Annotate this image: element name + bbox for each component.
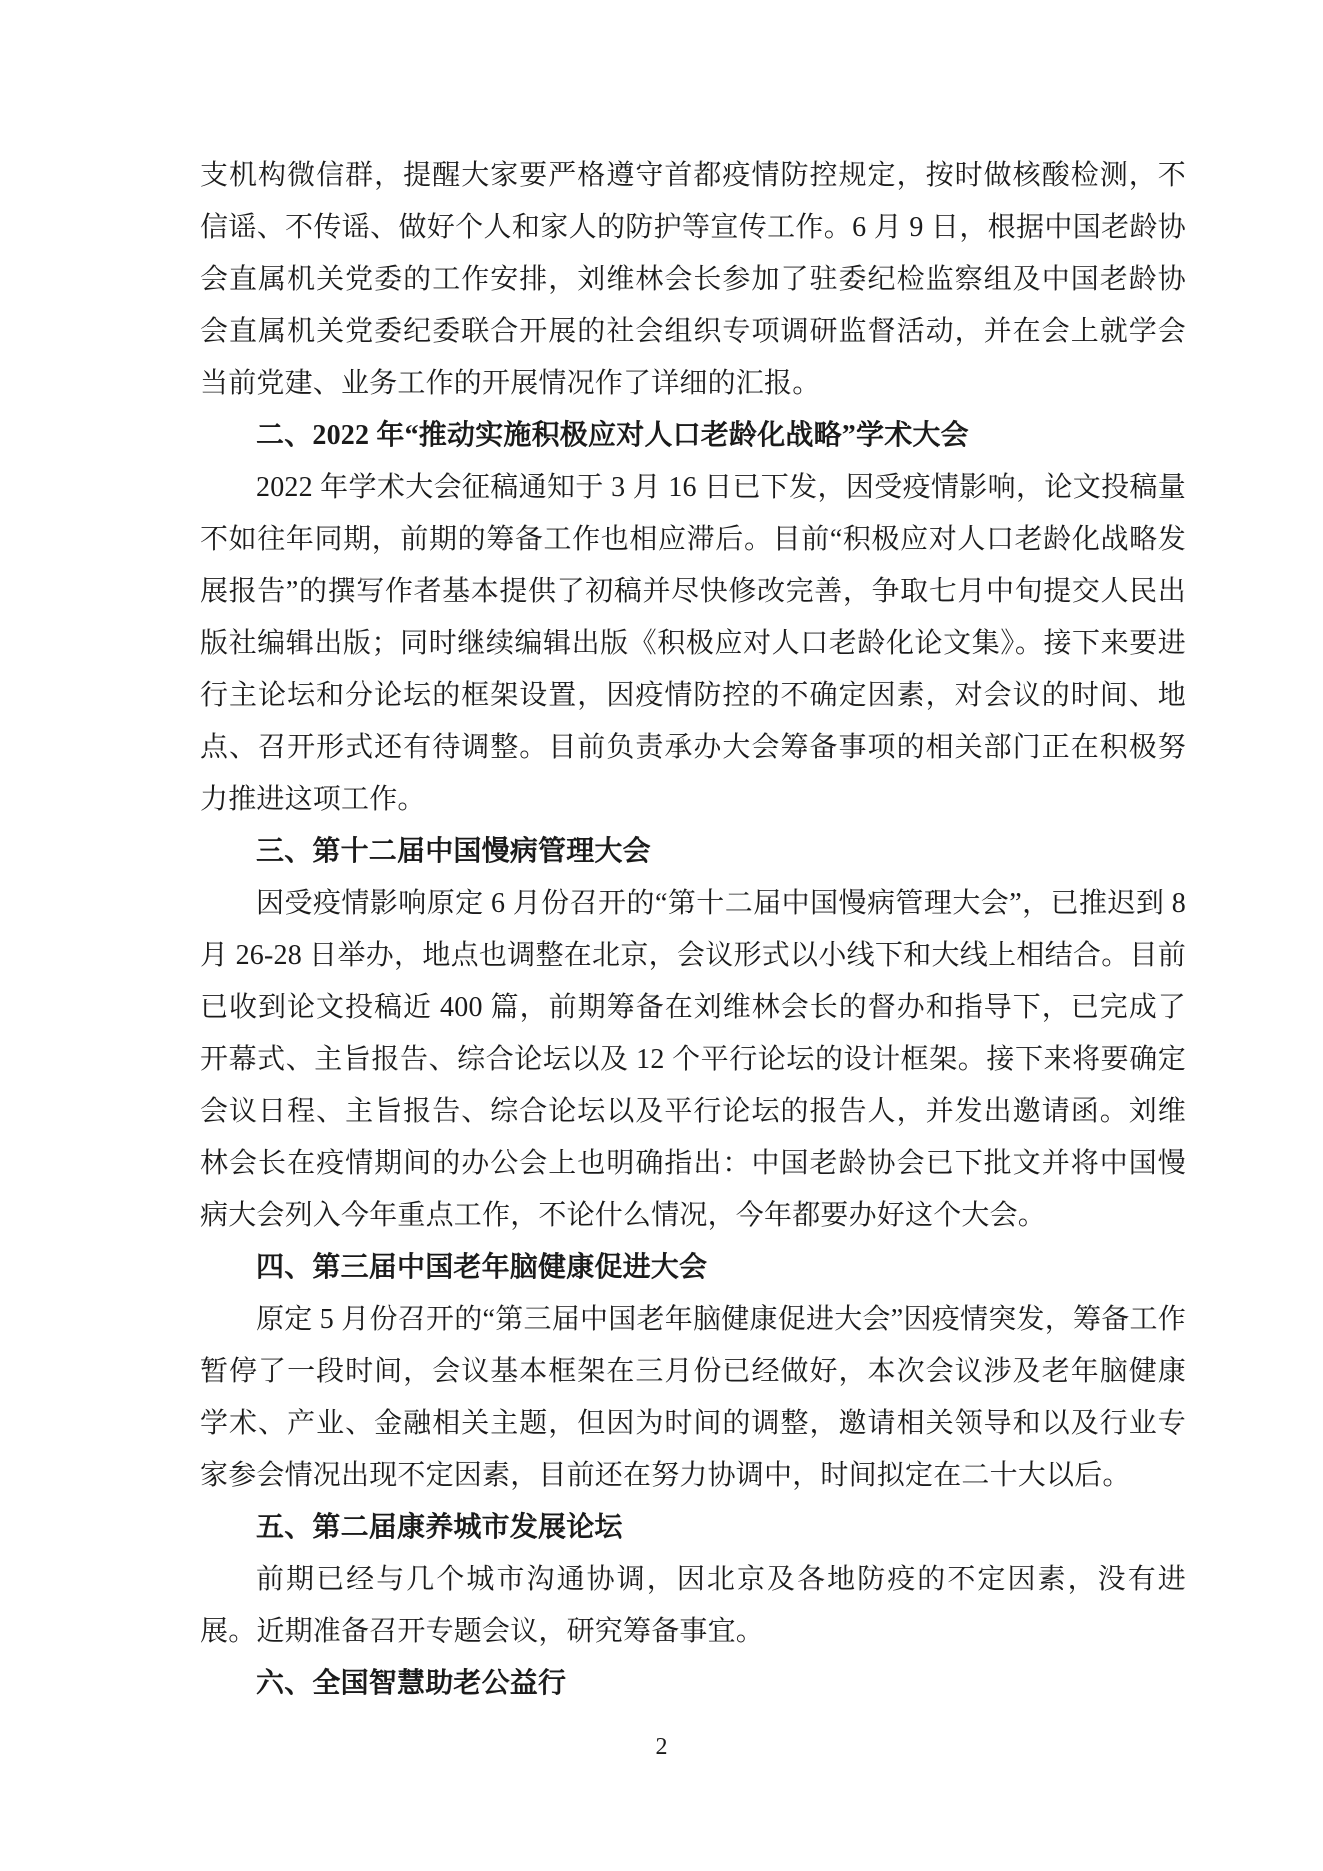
body-paragraph: 2022 年学术大会征稿通知于 3 月 16 日已下发，因受疫情影响，论文投稿量…	[200, 462, 1186, 826]
section-heading: 二、2022 年“推动实施积极应对人口老龄化战略”学术大会	[200, 410, 1186, 462]
body-paragraph: 支机构微信群，提醒大家要严格遵守首都疫情防控规定，按时做核酸检测，不信谣、不传谣…	[200, 150, 1186, 410]
page-number: 2	[0, 1732, 1323, 1762]
body-paragraph: 原定 5 月份召开的“第三届中国老年脑健康促进大会”因疫情突发，筹备工作暂停了一…	[200, 1294, 1186, 1502]
section-heading: 四、第三届中国老年脑健康促进大会	[200, 1242, 1186, 1294]
document-content: 支机构微信群，提醒大家要严格遵守首都疫情防控规定，按时做核酸检测，不信谣、不传谣…	[200, 150, 1186, 1710]
section-heading: 六、全国智慧助老公益行	[200, 1658, 1186, 1710]
body-paragraph: 因受疫情影响原定 6 月份召开的“第十二届中国慢病管理大会”，已推迟到 8 月 …	[200, 878, 1186, 1242]
document-page: 支机构微信群，提醒大家要严格遵守首都疫情防控规定，按时做核酸检测，不信谣、不传谣…	[0, 0, 1323, 1871]
section-heading: 五、第二届康养城市发展论坛	[200, 1502, 1186, 1554]
section-heading: 三、第十二届中国慢病管理大会	[200, 826, 1186, 878]
body-paragraph: 前期已经与几个城市沟通协调，因北京及各地防疫的不定因素，没有进展。近期准备召开专…	[200, 1554, 1186, 1658]
